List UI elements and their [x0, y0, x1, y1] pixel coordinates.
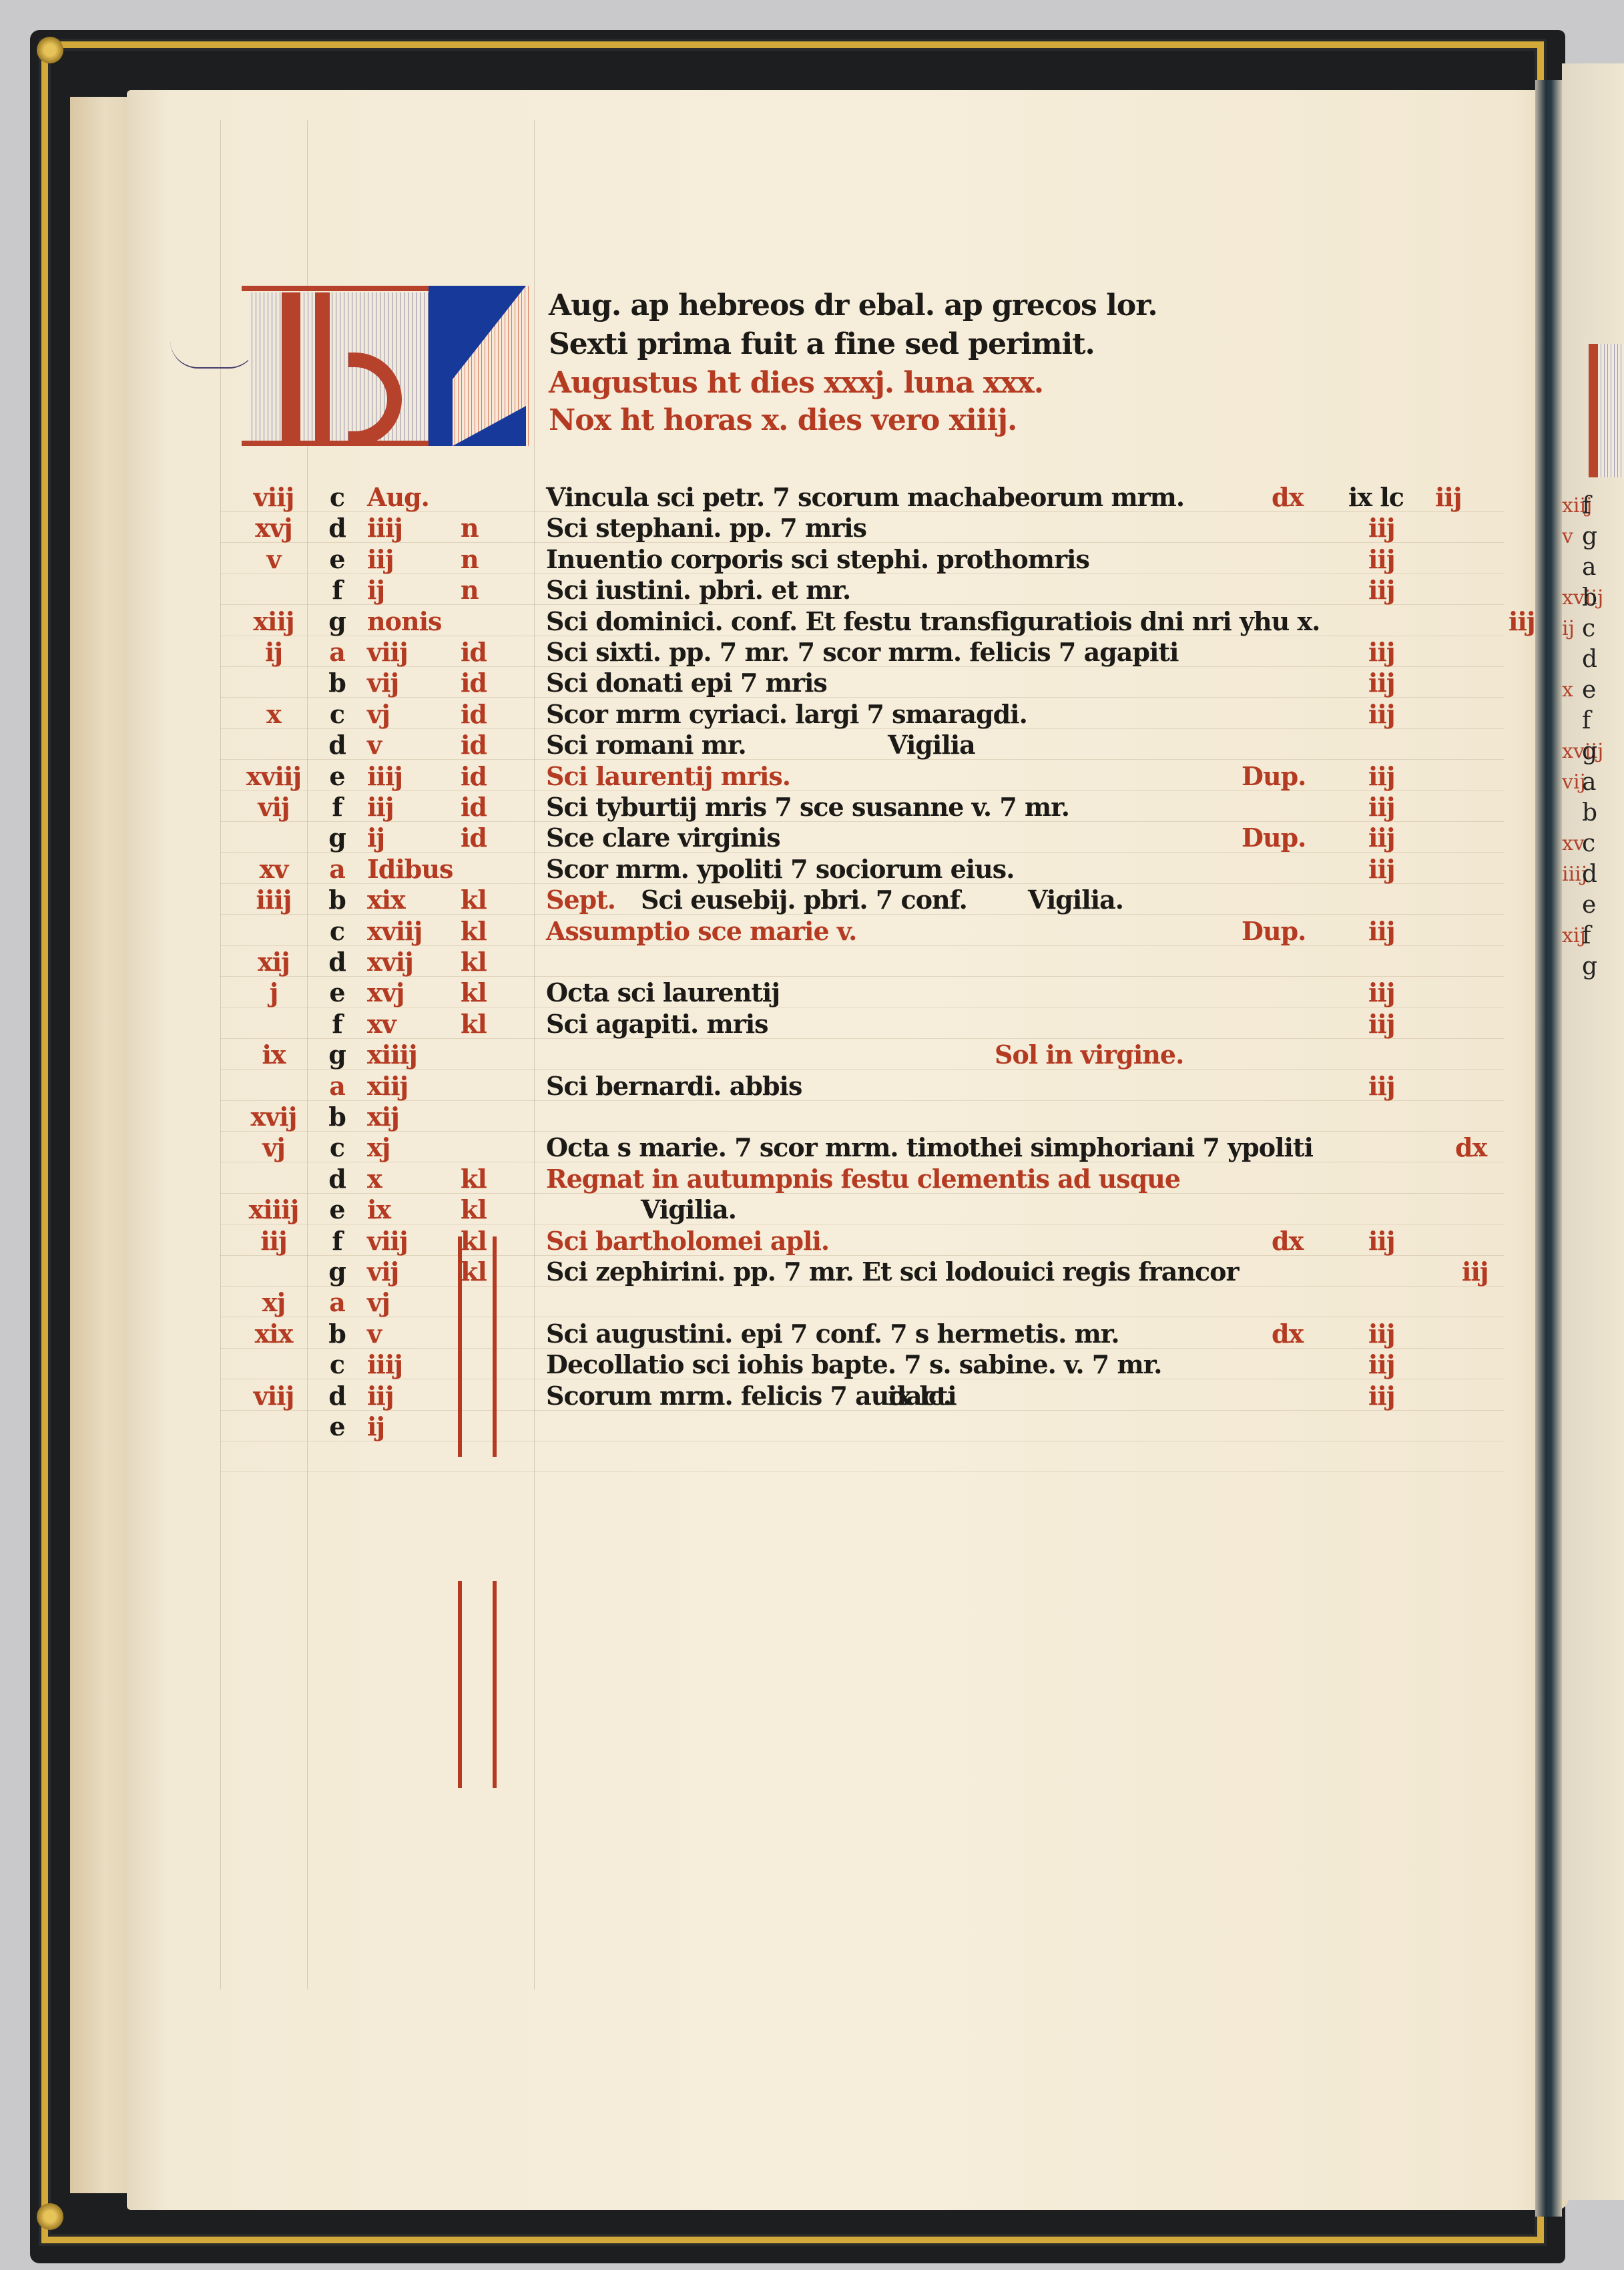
kal-id-non-marker: kl — [461, 885, 521, 915]
kal-id-non-marker: kl — [461, 916, 521, 947]
lesson-mark: iij — [1368, 1009, 1395, 1040]
dominical-letter: c — [317, 916, 357, 947]
feast-entry: Sci bartholomei apli. — [546, 1226, 829, 1257]
lesson-mark: iij — [1368, 1226, 1395, 1257]
dominical-letter: f — [317, 1226, 357, 1257]
dominical-letter: b — [317, 1102, 357, 1132]
calendar-row: axiijSci bernardi. abbisiij — [0, 1071, 1624, 1102]
dominical-letter: g — [317, 823, 357, 853]
lesson-mark: iij — [1368, 1319, 1395, 1349]
dominical-letter: f — [317, 575, 357, 606]
kl-bracket-line — [493, 1236, 497, 1457]
kal-id-non-marker: id — [461, 699, 521, 730]
dominical-letter: g — [317, 606, 357, 637]
calendar-row: iijfviijklSci bartholomei apli.dxiij — [0, 1226, 1624, 1257]
golden-number: xj — [240, 1287, 307, 1318]
calendar-row: ijaviijidSci sixti. pp. 7 mr. 7 scor mrm… — [0, 637, 1624, 668]
kl-bracket-line — [458, 1236, 462, 1457]
dominical-letter: c — [317, 699, 357, 730]
dominical-letter: b — [317, 668, 357, 698]
kal-id-non-marker: kl — [461, 1194, 521, 1225]
kal-id-non-marker: kl — [461, 947, 521, 977]
feast-entry: Sci eusebij. pbri. 7 conf. — [641, 885, 967, 915]
lesson-mark: iij — [1368, 699, 1395, 730]
golden-number: ij — [240, 637, 307, 668]
feast-entry: Vincula sci petr. 7 scorum machabeorum m… — [546, 482, 1184, 513]
golden-number: xviij — [240, 761, 307, 792]
roman-day: Aug. — [367, 482, 441, 513]
feast-entry: Sci bernardi. abbis — [546, 1071, 802, 1102]
initial-l-stem — [429, 286, 453, 446]
dominical-letter: d — [317, 730, 357, 760]
roman-day: xj — [367, 1132, 441, 1163]
roman-day: iiij — [367, 761, 441, 792]
calendar-row: xiijgnonisSci dominici. conf. Et festu t… — [0, 606, 1624, 637]
feast-entry: Sci tyburtij mris 7 sce susanne v. 7 mr. — [546, 792, 1069, 823]
roman-day: nonis — [367, 606, 441, 637]
calendar-row: dvidSci romani mr.Vigilia — [0, 730, 1624, 760]
calendar-row: cxviijklAssumptio sce marie v.Dup.iij — [0, 916, 1624, 947]
feast-entry: Octa s marie. 7 scor mrm. timothei simph… — [546, 1132, 1313, 1163]
calendar-row: gijidSce clare virginisDup.iij — [0, 823, 1624, 853]
calendar-row: bvijidSci donati epi 7 mrisiij — [0, 668, 1624, 698]
roman-day: Idibus — [367, 854, 441, 885]
initial-k-bar — [242, 286, 449, 291]
dominical-letter: c — [317, 1132, 357, 1163]
kal-id-non-marker: id — [461, 730, 521, 760]
kal-id-non-marker: n — [461, 575, 521, 606]
lesson-mark: iij — [1368, 1349, 1395, 1380]
dominical-letter: f — [317, 792, 357, 823]
calendar-row: xviijeiiijidSci laurentij mris.Dup.iij — [0, 761, 1624, 792]
kal-id-non-marker: id — [461, 823, 521, 853]
initial-k-bar — [242, 441, 449, 446]
dominical-letter: a — [317, 1287, 357, 1318]
roman-day: vij — [367, 1257, 441, 1287]
kal-id-non-marker: kl — [461, 1257, 521, 1287]
kal-id-non-marker: kl — [461, 977, 521, 1008]
kal-id-non-marker: kl — [461, 1009, 521, 1040]
roman-day: iij — [367, 792, 441, 823]
feast-entry: Regnat in autumpnis festu clementis ad u… — [546, 1164, 1180, 1194]
header-line-1: Aug. ap hebreos dr ebal. ap grecos lor. — [549, 287, 1157, 324]
lesson-mark: iij — [1368, 513, 1395, 543]
dominical-letter: c — [317, 1349, 357, 1380]
kal-id-non-marker: kl — [461, 1226, 521, 1257]
calendar-row: fxvklSci agapiti. mrisiij — [0, 1009, 1624, 1040]
golden-number: iij — [240, 1226, 307, 1257]
feast-entry: Sci sixti. pp. 7 mr. 7 scor mrm. felicis… — [546, 637, 1178, 668]
lesson-mark: iij — [1368, 637, 1395, 668]
calendar-row: dxklRegnat in autumpnis festu clementis … — [0, 1164, 1624, 1194]
roman-day: xv — [367, 1009, 441, 1040]
dominical-letter: d — [317, 1381, 357, 1411]
golden-number: v — [240, 544, 307, 575]
dominical-letter: d — [317, 1164, 357, 1194]
feast-grade: dx — [1272, 1319, 1303, 1349]
golden-number: xvij — [240, 1102, 307, 1132]
roman-day: xiiij — [367, 1040, 441, 1070]
feast-entry: Sci stephani. pp. 7 mris — [546, 513, 866, 543]
calendar-row: gvijklSci zephirini. pp. 7 mr. Et sci lo… — [0, 1257, 1624, 1287]
feast-grade: Dup. — [1242, 916, 1306, 947]
roman-day: xviij — [367, 916, 441, 947]
feast-entry: Scor mrm cyriaci. largi 7 smaragdi. — [546, 699, 1027, 730]
calendar-row: vijfiijidSci tyburtij mris 7 sce susanne… — [0, 792, 1624, 823]
kal-id-non-marker: id — [461, 761, 521, 792]
golden-number: x — [240, 699, 307, 730]
dominical-letter: e — [317, 544, 357, 575]
feast-entry: Decollatio sci iohis bapte. 7 s. sabine.… — [546, 1349, 1161, 1380]
facing-page-initial — [1589, 344, 1624, 477]
dominical-letter: b — [317, 1319, 357, 1349]
roman-day: x — [367, 1164, 441, 1194]
initial-k-stem — [315, 292, 330, 446]
calendar-row: ciiijDecollatio sci iohis bapte. 7 s. sa… — [0, 1349, 1624, 1380]
feast-entry: Sci iustini. pbri. et mr. — [546, 575, 850, 606]
dominical-letter: a — [317, 637, 357, 668]
roman-day: iiij — [367, 513, 441, 543]
feast-entry: Sci dominici. conf. Et festu transfigura… — [546, 606, 1320, 637]
feast-grade: dx — [1272, 1226, 1303, 1257]
golden-number: j — [240, 977, 307, 1008]
header-line-2: Sexti prima fuit a fine sed perimit. — [549, 326, 1095, 363]
initial-k-stem — [282, 292, 300, 446]
rubric-prefix: Sept. — [546, 885, 615, 915]
golden-number: viij — [240, 1381, 307, 1411]
calendar-row: iiijbxixklSept.Sci eusebij. pbri. 7 conf… — [0, 885, 1624, 915]
feast-grade: Dup. — [1242, 761, 1306, 792]
lesson-mark: iij — [1368, 792, 1395, 823]
feast-entry: Sci romani mr. — [546, 730, 746, 760]
roman-day: viij — [367, 1226, 441, 1257]
roman-day: iiij — [367, 1349, 441, 1380]
dominical-letter: d — [317, 513, 357, 543]
roman-day: iij — [367, 1381, 441, 1411]
calendar-row: xvijbxij — [0, 1102, 1624, 1132]
feast-grade: dx — [1455, 1132, 1486, 1163]
roman-day: xix — [367, 885, 441, 915]
calendar-row: xcvjidScor mrm cyriaci. largi 7 smaragdi… — [0, 699, 1624, 730]
kal-id-non-marker: n — [461, 544, 521, 575]
feast-entry: Sci laurentij mris. — [546, 761, 790, 792]
calendar-row: vjcxjOcta s marie. 7 scor mrm. timothei … — [0, 1132, 1624, 1163]
initial-penwork-fill — [248, 292, 429, 446]
lesson-mark: iij — [1509, 606, 1535, 637]
roman-day: iij — [367, 544, 441, 575]
golden-number: xvj — [240, 513, 307, 543]
lesson-mark: iij — [1368, 854, 1395, 885]
dominical-letter: g — [317, 1257, 357, 1287]
calendar-row: fijnSci iustini. pbri. et mr.iij — [0, 575, 1624, 606]
kal-id-non-marker: id — [461, 792, 521, 823]
lesson-mark: iij — [1368, 1071, 1395, 1102]
dominical-letter: g — [317, 1040, 357, 1070]
roman-day: vj — [367, 1287, 441, 1318]
dominical-letter: c — [317, 482, 357, 513]
kal-id-non-marker: id — [461, 668, 521, 698]
lesson-mark: iij — [1368, 575, 1395, 606]
feast-entry: Sce clare virginis — [546, 823, 780, 853]
kal-id-non-marker: kl — [461, 1164, 521, 1194]
gilt-corner-ornament-icon — [37, 2203, 63, 2230]
initial-l-foot — [453, 406, 526, 446]
feast-entry: Sci donati epi 7 mris — [546, 668, 827, 698]
roman-day: xiij — [367, 1071, 441, 1102]
feast-grade: Dup. — [1242, 823, 1306, 853]
header-line-4: Nox ht horas x. dies vero xiiij. — [549, 402, 1017, 439]
vigil-note: Vigilia — [888, 730, 975, 760]
feast-entry: Sci zephirini. pp. 7 mr. Et sci lodouici… — [546, 1257, 1239, 1287]
golden-number: xij — [240, 947, 307, 977]
kal-id-non-marker: n — [461, 513, 521, 543]
lesson-mark: iij — [1435, 482, 1462, 513]
feast-entry: Octa sci laurentij — [546, 977, 780, 1008]
dominical-letter: e — [317, 761, 357, 792]
lesson-mark: iij — [1368, 668, 1395, 698]
calendar-row: ixgxiiijSol in virgine. — [0, 1040, 1624, 1070]
roman-day: xij — [367, 1102, 441, 1132]
golden-number: vij — [240, 792, 307, 823]
dominical-letter: f — [317, 1009, 357, 1040]
roman-day: viij — [367, 637, 441, 668]
golden-number: iiij — [240, 885, 307, 915]
feast-grade: dx — [1272, 482, 1303, 513]
dominical-letter: a — [317, 854, 357, 885]
decorated-initial-kl — [248, 286, 542, 446]
golden-number: viij — [240, 482, 307, 513]
ruling-line — [220, 1471, 1504, 1472]
lesson-mark: iij — [1368, 977, 1395, 1008]
golden-number: ix — [240, 1040, 307, 1070]
golden-number: xix — [240, 1319, 307, 1349]
lesson-mark: iij — [1368, 823, 1395, 853]
kal-id-non-marker: id — [461, 637, 521, 668]
dominical-letter: d — [317, 947, 357, 977]
lesson-mark: iij — [1462, 1257, 1488, 1287]
dominical-letter: e — [317, 1411, 357, 1442]
gilt-corner-ornament-icon — [37, 37, 63, 63]
roman-day: xvij — [367, 947, 441, 977]
lesson-mark: iij — [1368, 761, 1395, 792]
calendar-row: xvjdiiijnSci stephani. pp. 7 mrisiij — [0, 513, 1624, 543]
calendar-row: xijdxvijkl — [0, 947, 1624, 977]
kl-bracket-line — [458, 1581, 462, 1788]
feast-entry: Sci augustini. epi 7 conf. 7 s hermetis.… — [546, 1319, 1119, 1349]
vigil-note: Vigilia. — [1028, 885, 1123, 915]
calendar-row: xiiijeixklVigilia. — [0, 1194, 1624, 1225]
lesson-mark: iij — [1368, 916, 1395, 947]
golden-number: xiij — [240, 606, 307, 637]
calendar-row: xjavj — [0, 1287, 1624, 1318]
calendar-row: xixbvSci augustini. epi 7 conf. 7 s herm… — [0, 1319, 1624, 1349]
calendar-row: xvaIdibusScor mrm. ypoliti 7 sociorum ei… — [0, 854, 1624, 885]
feast-entry: Inuentio corporis sci stephi. prothomris — [546, 544, 1089, 575]
vigil-note: ix lc. — [888, 1381, 951, 1411]
golden-number: xiiij — [240, 1194, 307, 1225]
feast-entry: Scor mrm. ypoliti 7 sociorum eius. — [546, 854, 1014, 885]
roman-day: vij — [367, 668, 441, 698]
golden-number: vj — [240, 1132, 307, 1163]
roman-day: v — [367, 730, 441, 760]
roman-day: ix — [367, 1194, 441, 1225]
golden-number: xv — [240, 854, 307, 885]
roman-day: vj — [367, 699, 441, 730]
feast-entry: Sci agapiti. mris — [546, 1009, 768, 1040]
calendar-row: viijcAug.Vincula sci petr. 7 scorum mach… — [0, 482, 1624, 513]
calendar-row: veiijnInuentio corporis sci stephi. prot… — [0, 544, 1624, 575]
kl-bracket-line — [493, 1581, 497, 1788]
roman-day: ij — [367, 823, 441, 853]
initial-l-wedge — [453, 286, 526, 379]
vigil-note: Vigilia. — [641, 1194, 736, 1225]
calendar-row: viijdiijScorum mrm. felicis 7 audactiix … — [0, 1381, 1624, 1411]
calendar-row: jexvjklOcta sci laurentijiij — [0, 977, 1624, 1008]
calendar-row: eij — [0, 1411, 1624, 1442]
header-line-3: Augustus ht dies xxxj. luna xxx. — [549, 365, 1043, 402]
dominical-letter: b — [317, 885, 357, 915]
dominical-letter: e — [317, 977, 357, 1008]
roman-day: v — [367, 1319, 441, 1349]
feast-entry: Assumptio sce marie v. — [546, 916, 856, 947]
dominical-letter: a — [317, 1071, 357, 1102]
zodiac-note: Sol in virgine. — [995, 1040, 1183, 1070]
lesson-mark: iij — [1368, 1381, 1395, 1411]
lessons-count: ix lc — [1348, 482, 1404, 513]
roman-day: ij — [367, 1411, 441, 1442]
roman-day: ij — [367, 575, 441, 606]
dominical-letter: e — [317, 1194, 357, 1225]
lesson-mark: iij — [1368, 544, 1395, 575]
roman-day: xvj — [367, 977, 441, 1008]
